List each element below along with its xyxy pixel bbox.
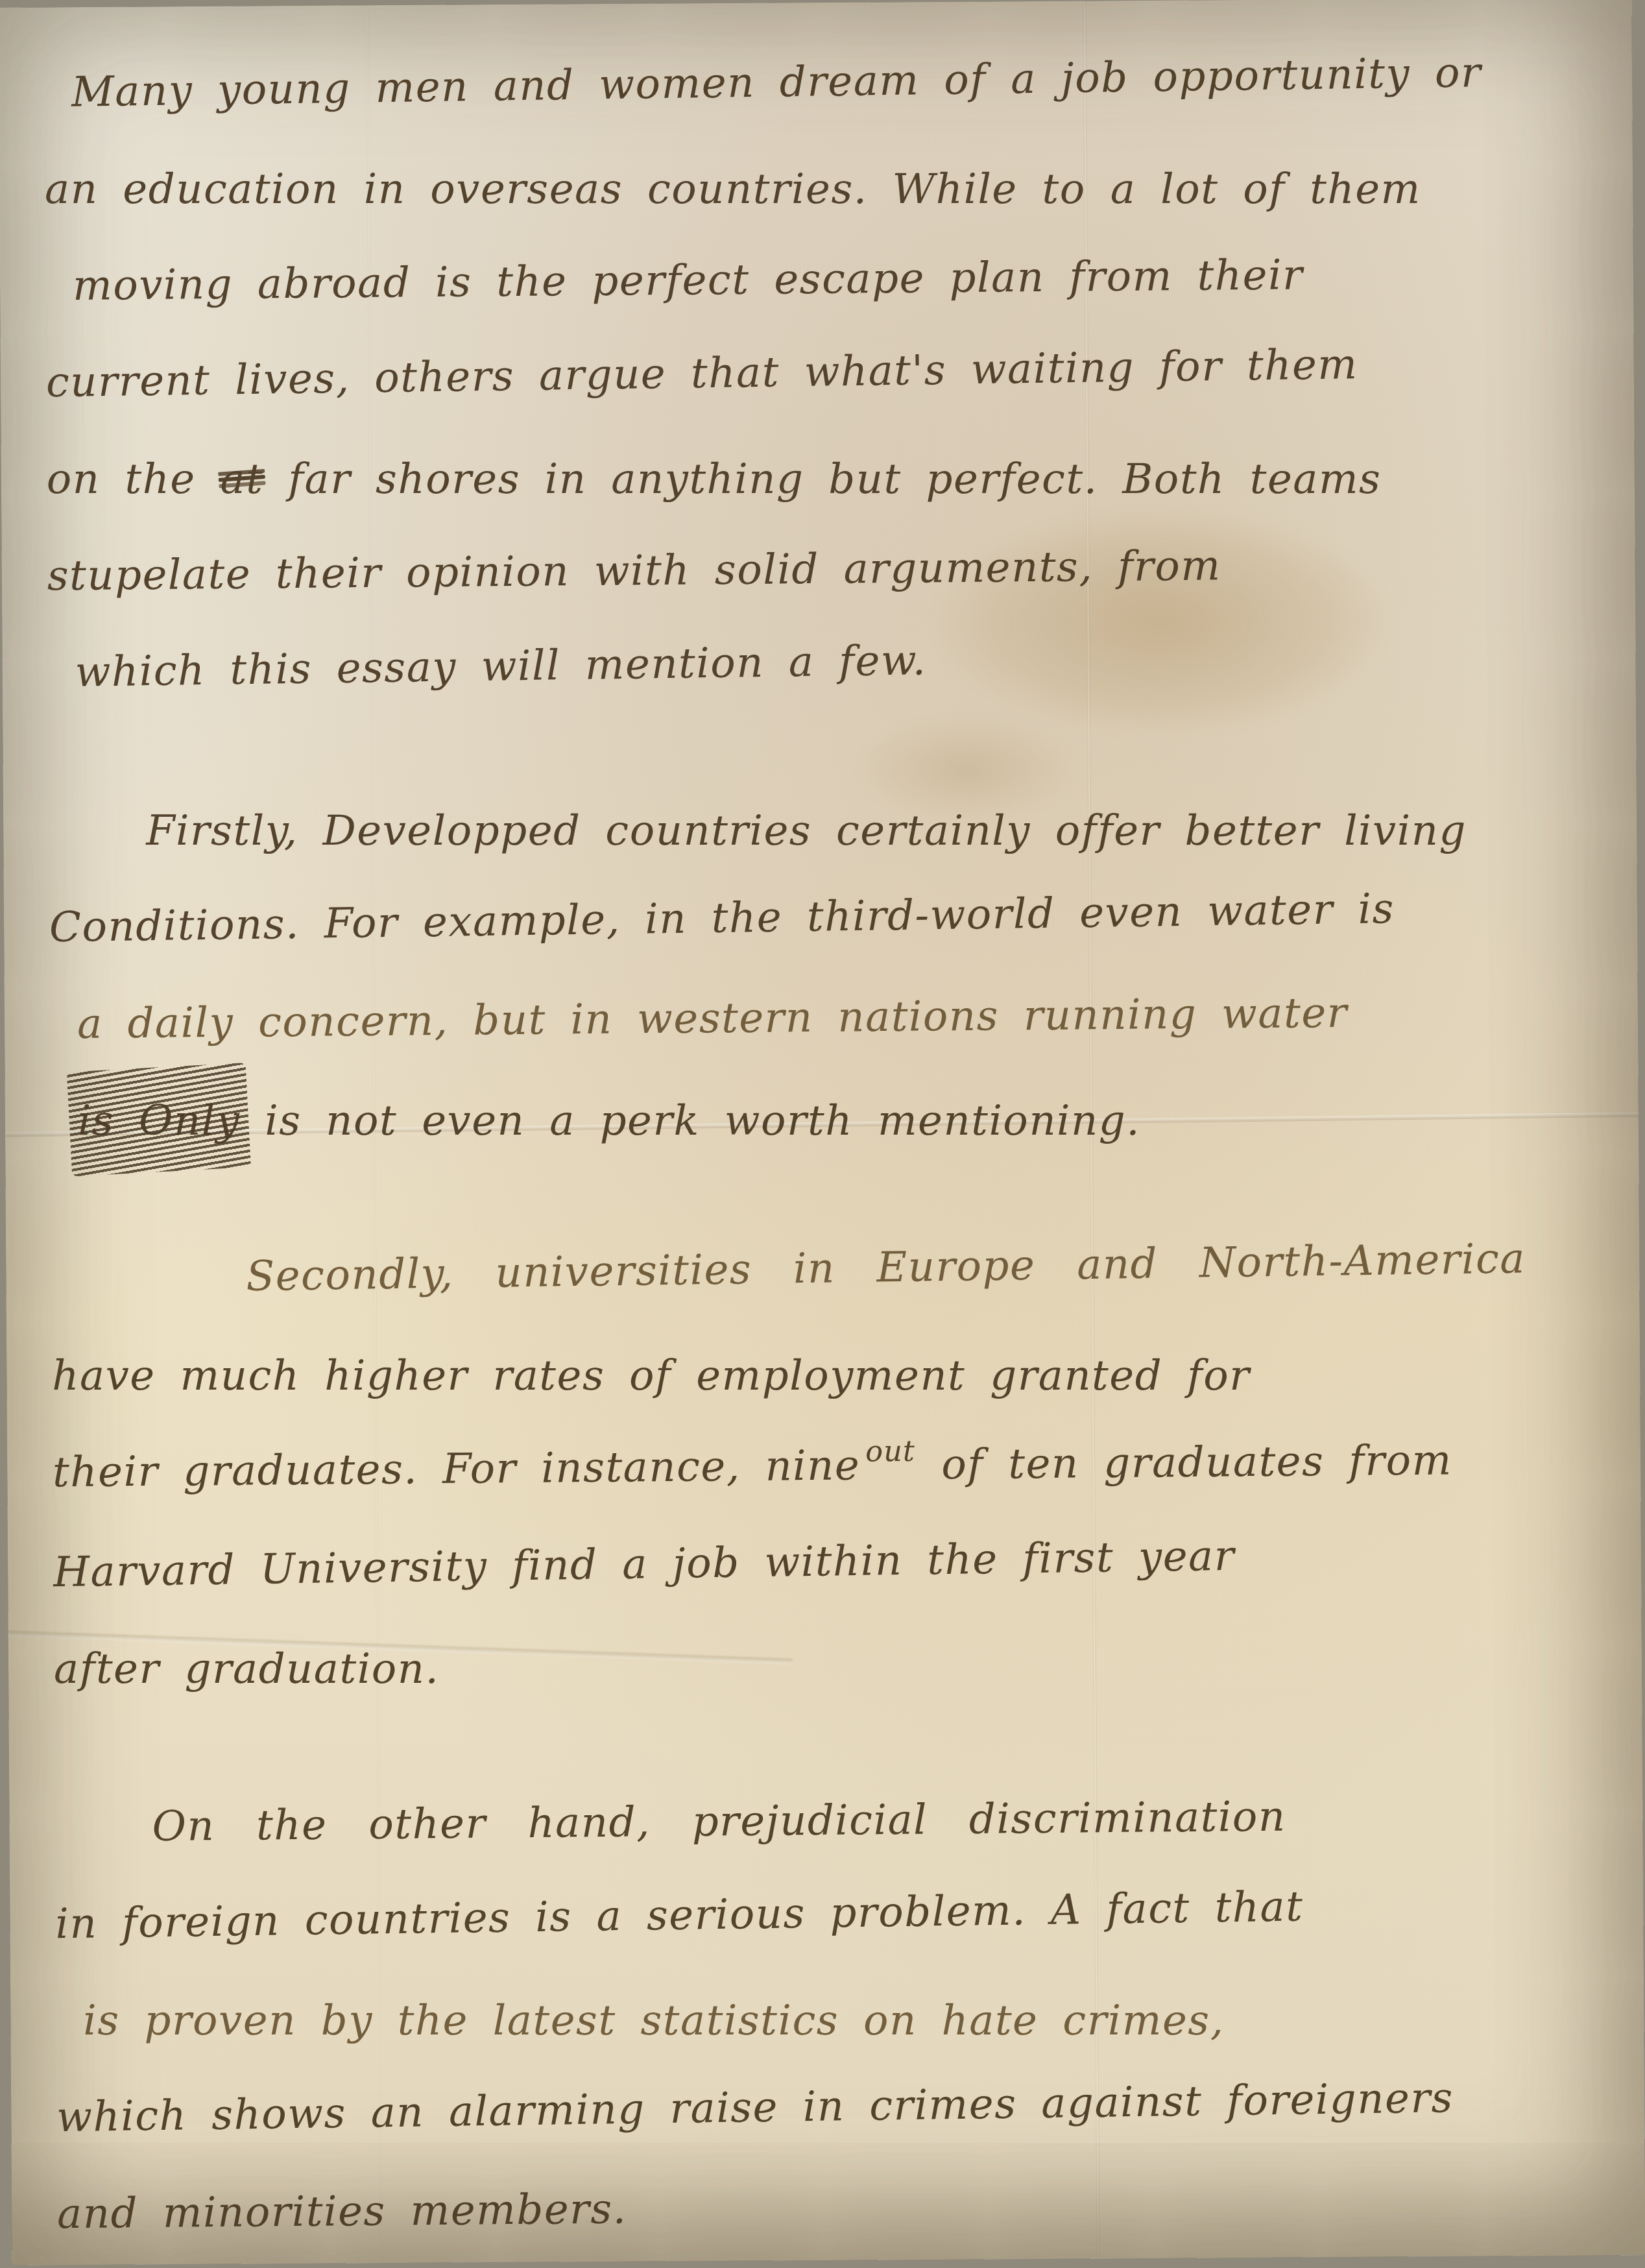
paragraph-4: On the other hand, prejudicial discrimin…: [54, 1770, 1595, 2263]
essay-line: Conditions. For example, in the third-wo…: [49, 858, 1587, 976]
paragraph-3: Secondly, universities in Europe and Nor…: [51, 1222, 1592, 1718]
essay-line: is Only is not even a perk worth mention…: [51, 1073, 1588, 1170]
essay-line: Secondly, universities in Europe and Nor…: [51, 1210, 1589, 1328]
essay-line: Harvard University find a job within the…: [53, 1503, 1591, 1621]
essay-line: after graduation.: [54, 1621, 1591, 1718]
line-part: their graduates. For instance, nine: [53, 1442, 861, 1497]
struck-word: at: [221, 431, 264, 528]
essay-line: which shows an alarming raise in crimes …: [56, 2048, 1594, 2166]
paper-sheet: Many young men and women dream of a job …: [0, 0, 1645, 2265]
line-part: is not even a perk worth mentioning.: [265, 1097, 1140, 1145]
inserted-word-above-line: out: [865, 1403, 915, 1500]
essay-line: which this essay will mention a few.: [47, 603, 1586, 721]
essay-line: a daily concern, but in western nations …: [49, 963, 1587, 1074]
line-part: of ten graduates from: [941, 1436, 1452, 1489]
paragraph-1: Many young men and women dream of a job …: [44, 36, 1585, 721]
scribbled-out-word: is Only: [78, 1073, 240, 1170]
essay-text: Many young men and women dream of a job …: [0, 0, 1645, 2263]
line-part: on the: [47, 455, 196, 503]
photo-frame: Many young men and women dream of a job …: [0, 0, 1645, 2268]
essay-line: in foreign countries is a serious proble…: [54, 1855, 1593, 1973]
essay-line: Many young men and women dream of a job …: [43, 23, 1582, 141]
line-part: far shores in anything but perfect. Both…: [288, 455, 1381, 503]
essay-line: an education in overseas countries. Whil…: [45, 141, 1582, 238]
essay-line: and minorities members.: [57, 2153, 1595, 2263]
essay-line: have much higher rates of employment gra…: [52, 1328, 1589, 1425]
essay-line: current lives, others argue that what's …: [45, 313, 1584, 431]
paragraph-2: Firstly, Developped countries certainly …: [49, 774, 1589, 1170]
essay-line: on the at far shores in anything but per…: [47, 431, 1584, 528]
